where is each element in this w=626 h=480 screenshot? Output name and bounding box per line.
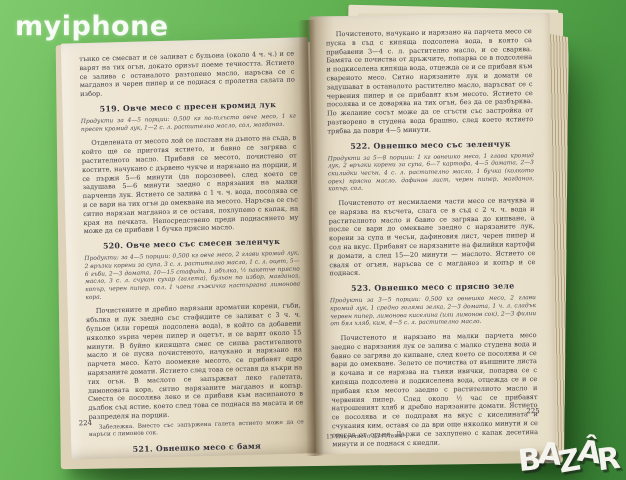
right-page: Почистеното, начукано и нарязано на парч… (309, 13, 556, 455)
watermark-myiphone: myiphone (15, 11, 169, 42)
printer-signature: 15 Изкуството да готвим (326, 433, 403, 440)
recipe-heading-522: 522. Овнешко месо със зеленчук (327, 139, 533, 151)
recipe-note-520: Забележка. Вместо със запържена галета я… (89, 419, 304, 439)
right-page-text: Почистеното, начукано и нарязано на парч… (326, 27, 539, 452)
recipe-ingredients-520: Продукти: за 4—5 порции: 0,500 кг овче м… (84, 251, 300, 303)
recipe-heading-523: 523. Овнешко месо с прясно зеле (330, 281, 536, 293)
recipe-body-519: Отделената от месото лой се поставя на д… (81, 134, 298, 236)
recipe-body-520: Почистените и дребно нарязани ароматни к… (86, 302, 304, 422)
recipe-ingredients-523: Продукти за 3—5 порции: 0,500 кг овнешко… (330, 295, 536, 329)
recipe-heading-519: 519. Овче месо с пресен кромид лук (80, 100, 295, 115)
left-page: тънко се смесват и се заливат с бульона … (61, 37, 319, 459)
recipe-ingredients-522: Продукти за 5—8 порции: 1 кг овнешко мес… (328, 153, 535, 195)
recipe-body-522: Почистеното от несмилаеми части месо се … (328, 196, 535, 278)
bazar-letter: R (595, 441, 622, 479)
recipe-body-521: Почистеното, начукано и нарязано на парч… (326, 27, 534, 136)
page-number-right: 225 (526, 407, 539, 415)
recipe-ingredients-519: Продукти за 4—5 порции: 0,500 кг по-тлъс… (81, 114, 296, 135)
watermark-bazar-logo: BAZÂR (521, 441, 620, 476)
photo-canvas: { "watermarks": { "top_left": "myiphone"… (0, 0, 626, 480)
recipe-heading-521: 521. Овнешко месо с бамя (89, 440, 304, 455)
recipe-body-523: Почистеното и нарязано на малки парчета … (330, 331, 538, 449)
recipe-heading-520: 520. Овче месо със смесен зеленчук (84, 237, 299, 252)
continued-paragraph: тънко се смесват и се заливат с бульона … (79, 50, 295, 100)
page-number-left: 224 (79, 419, 93, 427)
left-page-text: тънко се смесват и се заливат с бульона … (79, 50, 305, 460)
open-cookbook: тънко се смесват и се заливат с бульона … (48, 3, 577, 475)
